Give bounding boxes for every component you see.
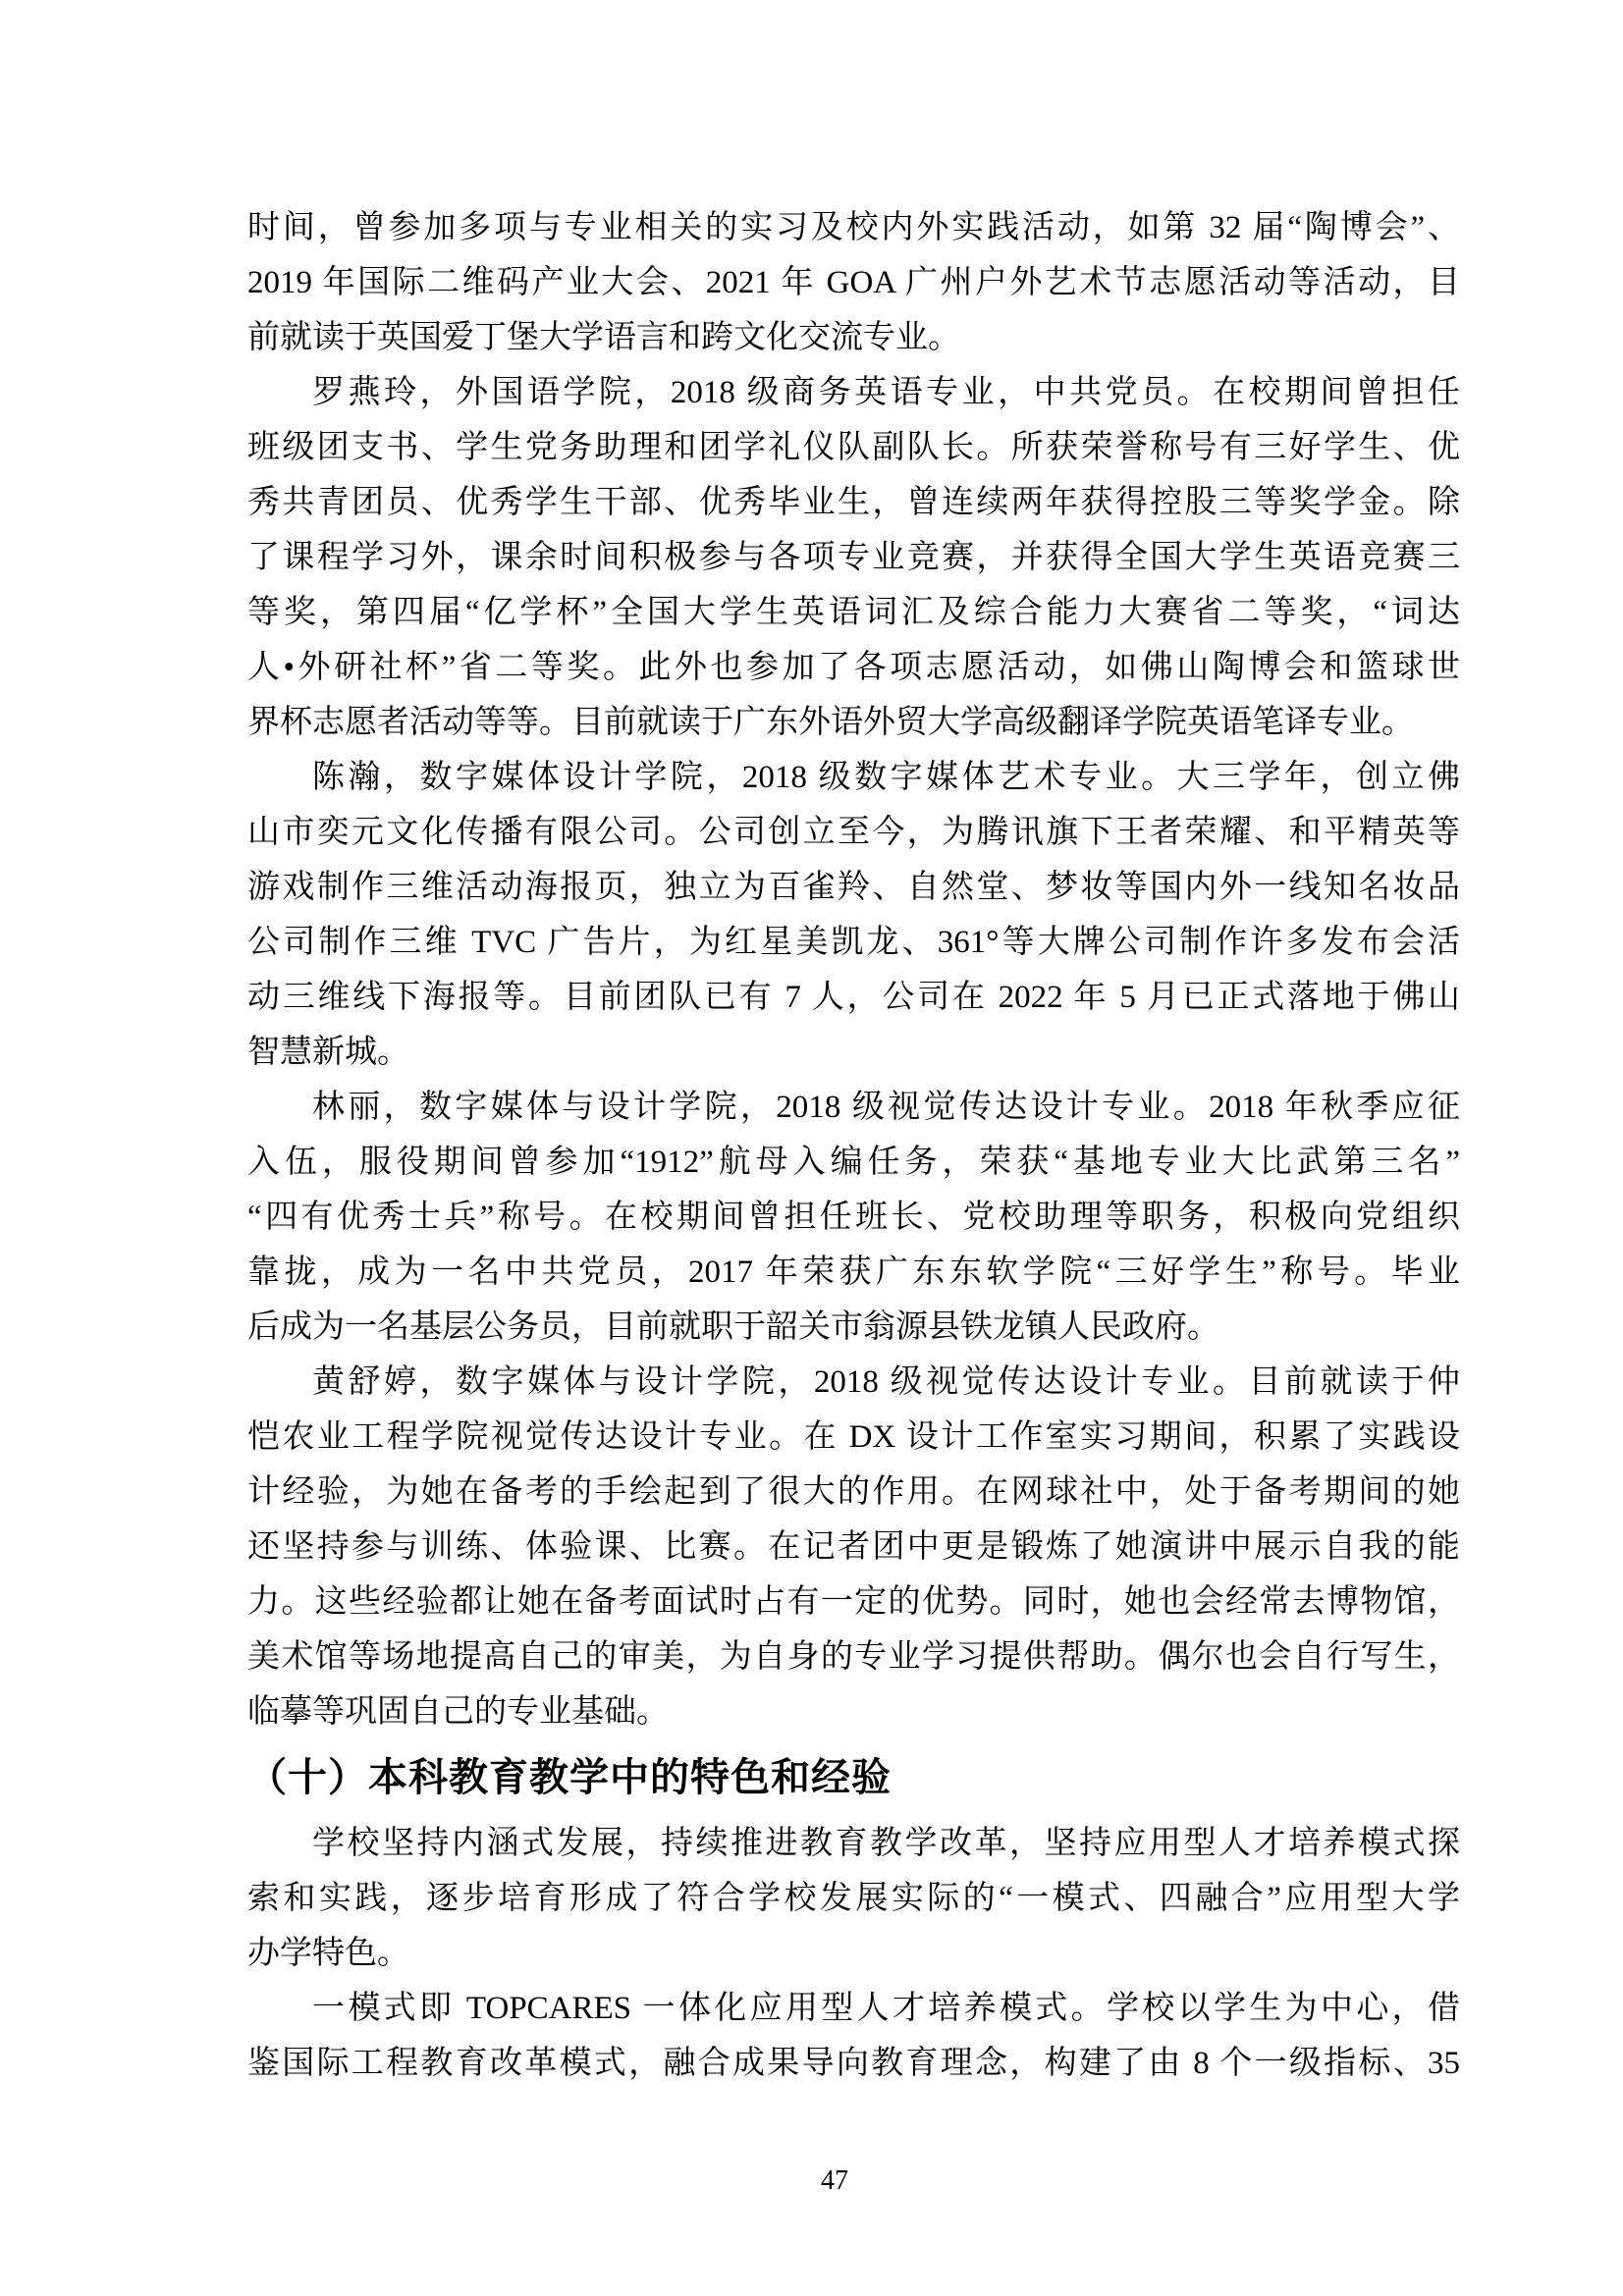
text-line: 索和实践，逐步培育形成了符合学校发展实际的“一模式、四融合”应用型大学	[247, 1871, 1460, 1926]
text-line: 鉴国际工程教育改革模式，融合成果导向教育理念，构建了由 8 个一级指标、35	[247, 2036, 1460, 2091]
text-line: 前就读于英国爱丁堡大学语言和跨文化交流专业。	[247, 310, 1460, 365]
text-line: 公司制作三维 TVC 广告片，为红星美凯龙、361°等大牌公司制作许多发布会活	[247, 915, 1460, 970]
text-line: 办学特色。	[247, 1926, 1460, 1981]
text-line: 山市奕元文化传播有限公司。公司创立至今，为腾讯旗下王者荣耀、和平精英等	[247, 805, 1460, 860]
text-line: 游戏制作三维活动海报页，独立为百雀羚、自然堂、梦妆等国内外一线知名妆品	[247, 860, 1460, 915]
text-line: 计经验，为她在备考的手绘起到了很大的作用。在网球社中，处于备考期间的她	[247, 1465, 1460, 1520]
text-line: 力。这些经验都让她在备考面试时占有一定的优势。同时，她也会经常去博物馆，	[247, 1575, 1460, 1629]
text-line: 罗燕玲，外国语学院，2018 级商务英语专业，中共党员。在校期间曾担任	[247, 365, 1460, 420]
text-line: 班级团支书、学生党务助理和团学礼仪队副队长。所获荣誉称号有三好学生、优	[247, 420, 1460, 475]
text-line: 界杯志愿者活动等等。目前就读于广东外语外贸大学高级翻译学院英语笔译专业。	[247, 695, 1460, 750]
text-line: 了课程学习外，课余时间积极参与各项专业竞赛，并获得全国大学生英语竞赛三	[247, 530, 1460, 585]
text-line: 黄舒婷，数字媒体与设计学院，2018 级视觉传达设计专业。目前就读于仲	[247, 1355, 1460, 1410]
text-line: 还坚持参与训练、体验课、比赛。在记者团中更是锻炼了她演讲中展示自我的能	[247, 1520, 1460, 1575]
text-line: 人•外研社杯”省二等奖。此外也参加了各项志愿活动，如佛山陶博会和篮球世	[247, 640, 1460, 695]
text-line: 动三维线下海报等。目前团队已有 7 人，公司在 2022 年 5 月已正式落地于…	[247, 970, 1460, 1025]
section-heading: （十）本科教育教学中的特色和经验	[247, 1739, 1460, 1816]
text-line: 秀共青团员、优秀学生干部、优秀毕业生，曾连续两年获得控股三等奖学金。除	[247, 475, 1460, 530]
text-line: 林丽，数字媒体与设计学院，2018 级视觉传达设计专业。2018 年秋季应征	[247, 1080, 1460, 1135]
text-line: 入伍，服役期间曾参加“1912”航母入编任务，荣获“基地专业大比武第三名”	[247, 1135, 1460, 1190]
body-section-2: 学校坚持内涵式发展，持续推进教育教学改革，坚持应用型人才培养模式探索和实践，逐步…	[247, 1816, 1460, 2091]
text-line: 等奖，第四届“亿学杯”全国大学生英语词汇及综合能力大赛省二等奖，“词达	[247, 585, 1460, 640]
document-page: 时间，曾参加多项与专业相关的实习及校内外实践活动，如第 32 届“陶博会”、20…	[0, 0, 1623, 2296]
text-line: 后成为一名基层公务员，目前就职于韶关市翁源县铁龙镇人民政府。	[247, 1300, 1460, 1355]
text-line: 智慧新城。	[247, 1025, 1460, 1080]
page-number: 47	[821, 2162, 848, 2201]
text-line: 一模式即 TOPCARES 一体化应用型人才培养模式。学校以学生为中心，借	[247, 1981, 1460, 2036]
text-line: 时间，曾参加多项与专业相关的实习及校内外实践活动，如第 32 届“陶博会”、	[247, 200, 1460, 255]
text-line: 2019 年国际二维码产业大会、2021 年 GOA 广州户外艺术节志愿活动等活…	[247, 255, 1460, 310]
text-line: 临摹等巩固自己的专业基础。	[247, 1684, 1460, 1739]
text-line: 陈瀚，数字媒体设计学院，2018 级数字媒体艺术专业。大三学年，创立佛	[247, 750, 1460, 805]
page-body: 时间，曾参加多项与专业相关的实习及校内外实践活动，如第 32 届“陶博会”、20…	[247, 200, 1460, 2091]
text-line: 靠拢，成为一名中共党员，2017 年荣获广东东软学院“三好学生”称号。毕业	[247, 1245, 1460, 1300]
text-line: 恺农业工程学院视觉传达设计专业。在 DX 设计工作室实习期间，积累了实践设	[247, 1410, 1460, 1465]
text-line: 美术馆等场地提高自己的审美，为自身的专业学习提供帮助。偶尔也会自行写生，	[247, 1629, 1460, 1684]
text-line: 学校坚持内涵式发展，持续推进教育教学改革，坚持应用型人才培养模式探	[247, 1816, 1460, 1871]
text-line: “四有优秀士兵”称号。在校期间曾担任班长、党校助理等职务，积极向党组织	[247, 1190, 1460, 1245]
body-section-1: 时间，曾参加多项与专业相关的实习及校内外实践活动，如第 32 届“陶博会”、20…	[247, 200, 1460, 1739]
